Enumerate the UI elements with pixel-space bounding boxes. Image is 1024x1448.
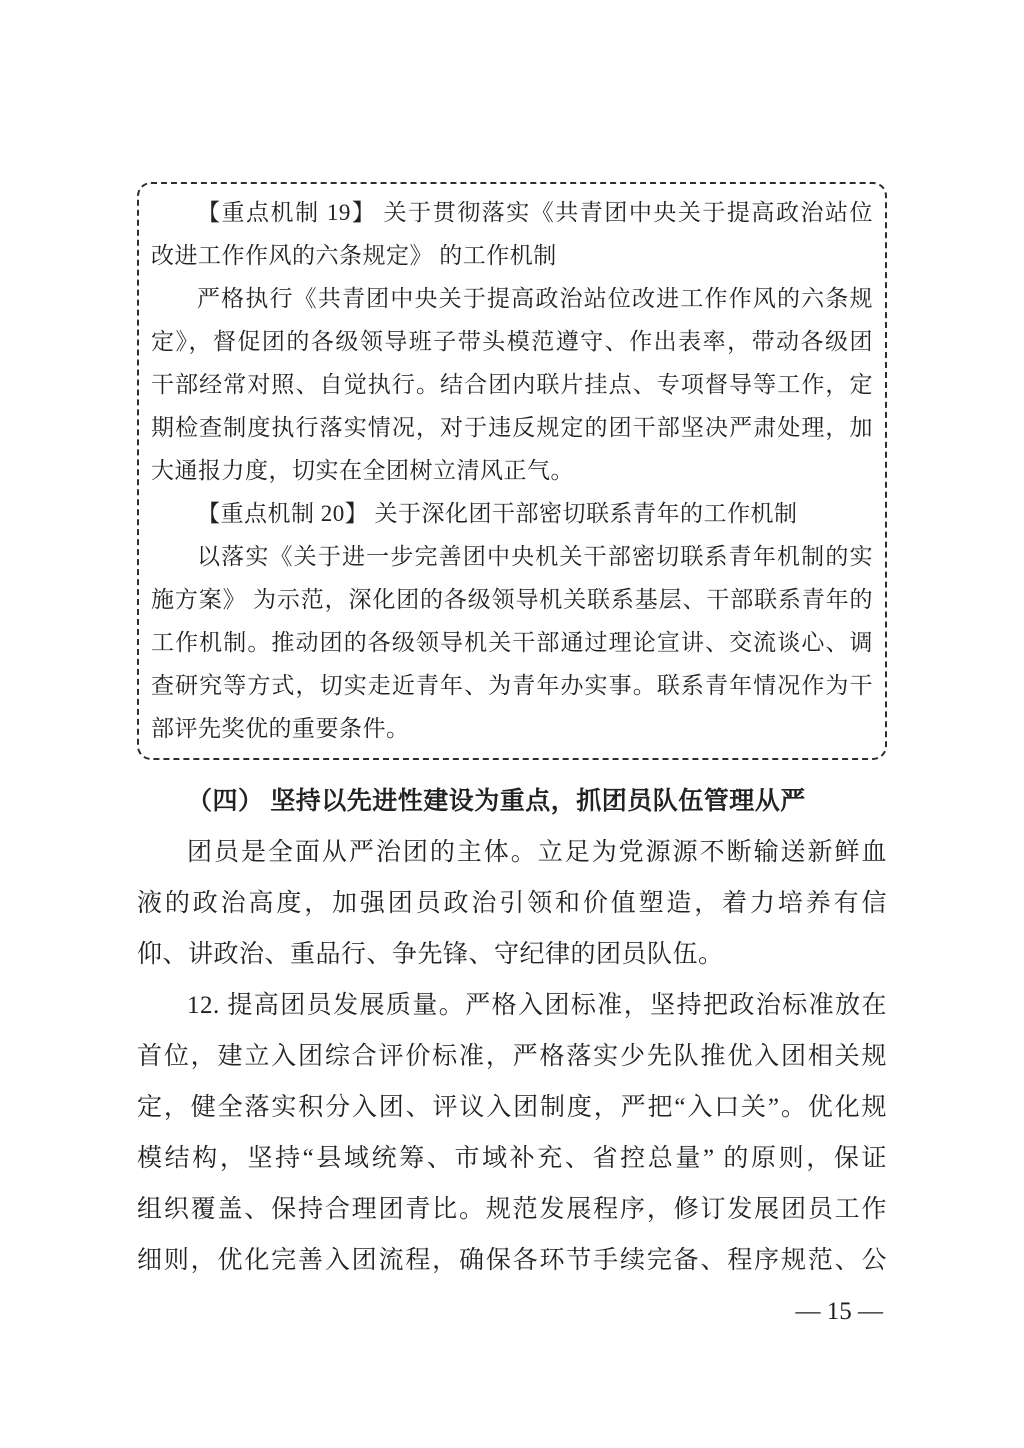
- text-line: 施方案》 为示范，深化团的各级领导机关联系基层、干部联系青年的: [151, 578, 873, 621]
- text-line: 工作机制。推动团的各级领导机关干部通过理论宣讲、交流谈心、调: [151, 621, 873, 664]
- text-line: 改进工作作风的六条规定》 的工作机制: [151, 234, 873, 277]
- text-line: 液的政治高度，加强团员政治引领和价值塑造，着力培养有信: [137, 878, 887, 929]
- page-footer: — 15 —: [137, 1292, 887, 1332]
- text-line: 仰、讲政治、重品行、争先锋、守纪律的团员队伍。: [137, 929, 887, 980]
- text-line: 模结构，坚持“县域统筹、市域补充、省控总量” 的原则，保证: [137, 1133, 887, 1184]
- text-line: 首位，建立入团综合评价标准，严格落实少先队推优入团相关规: [137, 1031, 887, 1082]
- text-line: 【重点机制 19】 关于贯彻落实《共青团中央关于提高政治站位: [151, 191, 873, 234]
- text-line: 定，健全落实积分入团、评议入团制度，严把“入口关”。优化规: [137, 1082, 887, 1133]
- text-line: 部评先奖优的重要条件。: [151, 707, 873, 750]
- text-line: 以落实《关于进一步完善团中央机关干部密切联系青年机制的实: [151, 535, 873, 578]
- text-line: 查研究等方式，切实走近青年、为青年办实事。联系青年情况作为干: [151, 664, 873, 707]
- text-line: 细则，优化完善入团流程，确保各环节手续完备、程序规范、公: [137, 1235, 887, 1286]
- key-mechanism-callout-box: 【重点机制 19】 关于贯彻落实《共青团中央关于提高政治站位改进工作作风的六条规…: [137, 182, 887, 760]
- text-line: 团员是全面从严治团的主体。立足为党源源不断输送新鲜血: [137, 827, 887, 878]
- page-number: — 15 —: [796, 1298, 884, 1325]
- body-paragraphs: （四） 坚持以先进性建设为重点，抓团员队伍管理从严团员是全面从严治团的主体。立足…: [137, 776, 887, 1286]
- text-line: 严格执行《共青团中央关于提高政治站位改进工作作风的六条规: [151, 277, 873, 320]
- page-content: 【重点机制 19】 关于贯彻落实《共青团中央关于提高政治站位改进工作作风的六条规…: [137, 0, 887, 1332]
- text-line: 组织覆盖、保持合理团青比。规范发展程序，修订发展团员工作: [137, 1184, 887, 1235]
- text-line: 干部经常对照、自觉执行。结合团内联片挂点、专项督导等工作，定: [151, 363, 873, 406]
- text-line: 【重点机制 20】 关于深化团干部密切联系青年的工作机制: [151, 492, 873, 535]
- text-line: 期检查制度执行落实情况，对于违反规定的团干部坚决严肃处理，加: [151, 406, 873, 449]
- text-line: 定》，督促团的各级领导班子带头模范遵守、作出表率，带动各级团: [151, 320, 873, 363]
- text-line: （四） 坚持以先进性建设为重点，抓团员队伍管理从严: [137, 776, 887, 827]
- text-line: 大通报力度，切实在全团树立清风正气。: [151, 449, 873, 492]
- document-page: 【重点机制 19】 关于贯彻落实《共青团中央关于提高政治站位改进工作作风的六条规…: [0, 0, 1024, 1448]
- text-line: 12. 提高团员发展质量。严格入团标准，坚持把政治标准放在: [137, 980, 887, 1031]
